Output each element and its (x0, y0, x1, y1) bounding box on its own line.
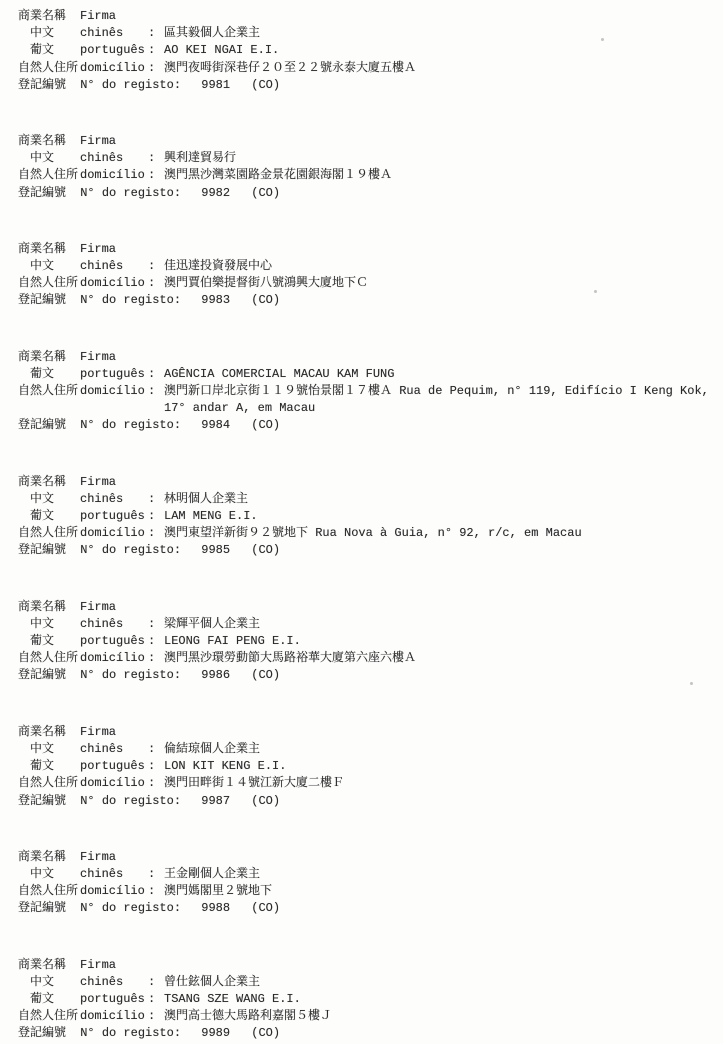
domicile-label-zh: 自然人住所 (18, 383, 80, 400)
colon-separator: : (148, 508, 164, 525)
registration-row: 登記編號 N° do registo: 9982 (CO) (18, 185, 711, 202)
colon-separator: : (148, 366, 164, 383)
domicile-row: 自然人住所 domicílio : 澳門田畔街１４號江新大廈二樓Ｆ (18, 775, 711, 792)
colon-separator: : (148, 758, 164, 775)
scan-speck (601, 38, 604, 41)
chinese-name-value: 區其毅個人企業主 (164, 25, 711, 42)
registo-number: 9983 (201, 293, 230, 307)
portuguese-label-zh: 葡文 (18, 366, 80, 383)
chinese-label-zh: 中文 (18, 491, 80, 508)
registo-number: 9986 (201, 668, 230, 682)
firma-label-pt: Firma (80, 8, 148, 25)
registration-row: 登記編號 N° do registo: 9985 (CO) (18, 542, 711, 559)
registration-row: 登記編號 N° do registo: 9986 (CO) (18, 667, 711, 684)
colon-separator: : (148, 525, 164, 542)
domicile-value: 澳門黑沙灣菜園路金景花園銀海閣１９樓Ａ (164, 167, 711, 184)
registo-co-tag: (CO) (251, 186, 280, 200)
chinese-name-row: 中文 chinês : 佳迅達投資發展中心 (18, 258, 711, 275)
registration-row: 登記編號 N° do registo: 9987 (CO) (18, 793, 711, 810)
registration-row: 登記編號 N° do registo: 9984 (CO) (18, 417, 711, 434)
colon-separator: : (148, 991, 164, 1008)
colon-separator: : (148, 974, 164, 991)
registo-label-pt: N° do registo: (80, 543, 181, 557)
registo-label-pt: N° do registo: (80, 1026, 181, 1040)
portuguese-label-zh: 葡文 (18, 991, 80, 1008)
domicile-label-pt: domicílio (80, 1008, 148, 1025)
portuguese-name-value: TSANG SZE WANG E.I. (164, 991, 711, 1008)
domicile-value: 澳門賈伯樂提督街八號鴻興大廈地下Ｃ (164, 275, 711, 292)
registo-co-tag: (CO) (251, 543, 280, 557)
firma-row: 商業名稱 Firma (18, 957, 711, 974)
registry-document-page: 商業名稱 Firma 中文 chinês : 區其毅個人企業主 葡文 portu… (0, 0, 723, 1044)
domicile-label-zh: 自然人住所 (18, 775, 80, 792)
registo-label-zh: 登記編號 (18, 543, 66, 557)
domicile-value: 澳門東望洋新街９２號地下 Rua Nova à Guia, n° 92, r/c… (164, 525, 711, 542)
firma-row: 商業名稱 Firma (18, 724, 711, 741)
domicile-label-pt: domicílio (80, 775, 148, 792)
domicile-row: 自然人住所 domicílio : 澳門賈伯樂提督街八號鴻興大廈地下Ｃ (18, 275, 711, 292)
chinese-label-zh: 中文 (18, 616, 80, 633)
registo-label-pt: N° do registo: (80, 901, 181, 915)
registo-co-tag: (CO) (251, 293, 280, 307)
colon-separator: : (148, 25, 164, 42)
domicile-label-pt: domicílio (80, 525, 148, 542)
registo-number: 9981 (201, 78, 230, 92)
portuguese-name-value: LON KIT KENG E.I. (164, 758, 711, 775)
registration-row: 登記編號 N° do registo: 9981 (CO) (18, 77, 711, 94)
chinese-label-pt: chinês (80, 25, 148, 42)
colon-separator: : (148, 383, 164, 400)
chinese-label-zh: 中文 (18, 150, 80, 167)
domicile-row: 自然人住所 domicílio : 澳門高士德大馬路利嘉閣５樓Ｊ (18, 1008, 711, 1025)
firma-label-zh: 商業名稱 (18, 474, 80, 491)
registry-entry: 商業名稱 Firma 中文 chinês : 佳迅達投資發展中心 自然人住所 d… (18, 241, 711, 310)
chinese-name-value: 王金剛個人企業主 (164, 866, 711, 883)
firma-label-pt: Firma (80, 133, 148, 150)
domicile-label-zh: 自然人住所 (18, 60, 80, 77)
portuguese-label-pt: português (80, 758, 148, 775)
registo-number: 9982 (201, 186, 230, 200)
colon-separator: : (148, 866, 164, 883)
firma-row: 商業名稱 Firma (18, 849, 711, 866)
portuguese-label-pt: português (80, 508, 148, 525)
chinese-name-value: 興利達貿易行 (164, 150, 711, 167)
chinese-name-row: 中文 chinês : 王金剛個人企業主 (18, 866, 711, 883)
portuguese-label-zh: 葡文 (18, 508, 80, 525)
firma-label-zh: 商業名稱 (18, 241, 80, 258)
portuguese-name-row: 葡文 português : LEONG FAI PENG E.I. (18, 633, 711, 650)
portuguese-name-row: 葡文 português : LON KIT KENG E.I. (18, 758, 711, 775)
scan-speck (594, 290, 597, 293)
registo-co-tag: (CO) (251, 78, 280, 92)
firma-label-zh: 商業名稱 (18, 599, 80, 616)
chinese-name-row: 中文 chinês : 區其毅個人企業主 (18, 25, 711, 42)
portuguese-label-zh: 葡文 (18, 42, 80, 59)
firma-label-zh: 商業名稱 (18, 133, 80, 150)
colon-separator: : (148, 258, 164, 275)
portuguese-label-pt: português (80, 991, 148, 1008)
chinese-label-pt: chinês (80, 741, 148, 758)
domicile-label-zh: 自然人住所 (18, 525, 80, 542)
registry-entry: 商業名稱 Firma 中文 chinês : 王金剛個人企業主 自然人住所 do… (18, 849, 711, 918)
colon-separator: : (148, 775, 164, 792)
registo-co-tag: (CO) (251, 794, 280, 808)
portuguese-label-zh: 葡文 (18, 758, 80, 775)
registry-entry: 商業名稱 Firma 中文 chinês : 林明個人企業主 葡文 portug… (18, 474, 711, 560)
portuguese-name-row: 葡文 português : AGÊNCIA COMERCIAL MACAU K… (18, 366, 711, 383)
domicile-row: 自然人住所 domicílio : 澳門黑沙環勞動節大馬路裕華大廈第六座六樓Ａ (18, 650, 711, 667)
firma-label-pt: Firma (80, 599, 148, 616)
colon-separator: : (148, 741, 164, 758)
registo-number: 9988 (201, 901, 230, 915)
colon-separator: : (148, 60, 164, 77)
colon-separator: : (148, 150, 164, 167)
chinese-name-value: 梁輝平個人企業主 (164, 616, 711, 633)
chinese-label-zh: 中文 (18, 974, 80, 991)
registo-number: 9985 (201, 543, 230, 557)
chinese-name-value: 曾仕鉉個人企業主 (164, 974, 711, 991)
registo-label-zh: 登記編號 (18, 78, 66, 92)
chinese-label-zh: 中文 (18, 25, 80, 42)
registo-label-zh: 登記編號 (18, 794, 66, 808)
domicile-value: 澳門夜呣街深巷仔２０至２２號永泰大廈五樓Ａ (164, 60, 711, 77)
registo-label-pt: N° do registo: (80, 186, 181, 200)
colon-separator: : (148, 42, 164, 59)
chinese-label-zh: 中文 (18, 258, 80, 275)
registry-entry: 商業名稱 Firma 中文 chinês : 興利達貿易行 自然人住所 domi… (18, 133, 711, 202)
portuguese-name-row: 葡文 português : LAM MENG E.I. (18, 508, 711, 525)
chinese-name-value: 林明個人企業主 (164, 491, 711, 508)
domicile-label-pt: domicílio (80, 167, 148, 184)
chinese-label-zh: 中文 (18, 866, 80, 883)
domicile-row: 自然人住所 domicílio : 澳門黑沙灣菜園路金景花園銀海閣１９樓Ａ (18, 167, 711, 184)
domicile-label-zh: 自然人住所 (18, 650, 80, 667)
domicile-label-zh: 自然人住所 (18, 275, 80, 292)
firma-row: 商業名稱 Firma (18, 8, 711, 25)
firma-row: 商業名稱 Firma (18, 599, 711, 616)
domicile-row: 自然人住所 domicílio : 澳門新口岸北京街１１９號怡景閣１７樓Ａ Ru… (18, 383, 711, 417)
registo-number: 9989 (201, 1026, 230, 1040)
firma-label-zh: 商業名稱 (18, 724, 80, 741)
firma-row: 商業名稱 Firma (18, 349, 711, 366)
domicile-row: 自然人住所 domicílio : 澳門夜呣街深巷仔２０至２２號永泰大廈五樓Ａ (18, 60, 711, 77)
domicile-label-pt: domicílio (80, 275, 148, 292)
portuguese-label-pt: português (80, 42, 148, 59)
chinese-label-pt: chinês (80, 616, 148, 633)
registry-entry: 商業名稱 Firma 中文 chinês : 倫結琼個人企業主 葡文 portu… (18, 724, 711, 810)
colon-separator: : (148, 633, 164, 650)
chinese-name-row: 中文 chinês : 倫結琼個人企業主 (18, 741, 711, 758)
domicile-label-zh: 自然人住所 (18, 167, 80, 184)
registration-row: 登記編號 N° do registo: 9989 (CO) (18, 1025, 711, 1042)
colon-separator: : (148, 275, 164, 292)
registo-label-zh: 登記編號 (18, 668, 66, 682)
portuguese-label-pt: português (80, 366, 148, 383)
domicile-label-pt: domicílio (80, 650, 148, 667)
chinese-label-pt: chinês (80, 974, 148, 991)
registo-label-pt: N° do registo: (80, 418, 181, 432)
registo-label-zh: 登記編號 (18, 293, 66, 307)
colon-separator: : (148, 167, 164, 184)
chinese-name-row: 中文 chinês : 梁輝平個人企業主 (18, 616, 711, 633)
firma-label-pt: Firma (80, 241, 148, 258)
portuguese-name-value: AGÊNCIA COMERCIAL MACAU KAM FUNG (164, 366, 711, 383)
registo-label-zh: 登記編號 (18, 186, 66, 200)
registration-row: 登記編號 N° do registo: 9983 (CO) (18, 292, 711, 309)
chinese-label-pt: chinês (80, 150, 148, 167)
chinese-name-row: 中文 chinês : 興利達貿易行 (18, 150, 711, 167)
colon-separator: : (148, 491, 164, 508)
domicile-row: 自然人住所 domicílio : 澳門東望洋新街９２號地下 Rua Nova … (18, 525, 711, 542)
domicile-value: 澳門黑沙環勞動節大馬路裕華大廈第六座六樓Ａ (164, 650, 711, 667)
firma-label-pt: Firma (80, 957, 148, 974)
firma-row: 商業名稱 Firma (18, 133, 711, 150)
chinese-name-row: 中文 chinês : 曾仕鉉個人企業主 (18, 974, 711, 991)
registo-label-zh: 登記編號 (18, 1026, 66, 1040)
portuguese-label-pt: português (80, 633, 148, 650)
firma-row: 商業名稱 Firma (18, 474, 711, 491)
registo-co-tag: (CO) (251, 901, 280, 915)
colon-separator: : (148, 616, 164, 633)
chinese-label-pt: chinês (80, 866, 148, 883)
scan-speck (690, 682, 693, 685)
registo-label-pt: N° do registo: (80, 794, 181, 808)
firma-label-pt: Firma (80, 474, 148, 491)
domicile-label-zh: 自然人住所 (18, 1008, 80, 1025)
domicile-label-pt: domicílio (80, 383, 148, 400)
domicile-label-pt: domicílio (80, 60, 148, 77)
firma-row: 商業名稱 Firma (18, 241, 711, 258)
domicile-label-pt: domicílio (80, 883, 148, 900)
firma-label-zh: 商業名稱 (18, 957, 80, 974)
chinese-label-pt: chinês (80, 258, 148, 275)
domicile-value: 澳門田畔街１４號江新大廈二樓Ｆ (164, 775, 711, 792)
chinese-label-zh: 中文 (18, 741, 80, 758)
chinese-label-pt: chinês (80, 491, 148, 508)
registry-entry: 商業名稱 Firma 中文 chinês : 曾仕鉉個人企業主 葡文 portu… (18, 957, 711, 1043)
firma-label-zh: 商業名稱 (18, 8, 80, 25)
registo-number: 9984 (201, 418, 230, 432)
registo-number: 9987 (201, 794, 230, 808)
chinese-name-value: 佳迅達投資發展中心 (164, 258, 711, 275)
domicile-value: 澳門媽閣里２號地下 (164, 883, 711, 900)
portuguese-name-value: AO KEI NGAI E.I. (164, 42, 711, 59)
domicile-value: 澳門高士德大馬路利嘉閣５樓Ｊ (164, 1008, 711, 1025)
registo-co-tag: (CO) (251, 668, 280, 682)
registo-label-pt: N° do registo: (80, 78, 181, 92)
portuguese-name-row: 葡文 português : AO KEI NGAI E.I. (18, 42, 711, 59)
registo-label-zh: 登記編號 (18, 418, 66, 432)
registry-entry: 商業名稱 Firma 中文 chinês : 區其毅個人企業主 葡文 portu… (18, 8, 711, 94)
domicile-label-zh: 自然人住所 (18, 883, 80, 900)
chinese-name-row: 中文 chinês : 林明個人企業主 (18, 491, 711, 508)
firma-label-pt: Firma (80, 849, 148, 866)
domicile-row: 自然人住所 domicílio : 澳門媽閣里２號地下 (18, 883, 711, 900)
registo-co-tag: (CO) (251, 418, 280, 432)
registry-entries: 商業名稱 Firma 中文 chinês : 區其毅個人企業主 葡文 portu… (18, 8, 711, 1043)
registo-label-pt: N° do registo: (80, 293, 181, 307)
portuguese-name-value: LEONG FAI PENG E.I. (164, 633, 711, 650)
registration-row: 登記編號 N° do registo: 9988 (CO) (18, 900, 711, 917)
portuguese-label-zh: 葡文 (18, 633, 80, 650)
portuguese-name-row: 葡文 português : TSANG SZE WANG E.I. (18, 991, 711, 1008)
domicile-value: 澳門新口岸北京街１１９號怡景閣１７樓Ａ Rua de Pequim, n° 11… (164, 383, 711, 417)
registo-label-zh: 登記編號 (18, 901, 66, 915)
registry-entry: 商業名稱 Firma 葡文 português : AGÊNCIA COMERC… (18, 349, 711, 435)
colon-separator: : (148, 650, 164, 667)
firma-label-pt: Firma (80, 349, 148, 366)
firma-label-zh: 商業名稱 (18, 849, 80, 866)
registry-entry: 商業名稱 Firma 中文 chinês : 梁輝平個人企業主 葡文 portu… (18, 599, 711, 685)
colon-separator: : (148, 1008, 164, 1025)
registo-co-tag: (CO) (251, 1026, 280, 1040)
portuguese-name-value: LAM MENG E.I. (164, 508, 711, 525)
firma-label-zh: 商業名稱 (18, 349, 80, 366)
registo-label-pt: N° do registo: (80, 668, 181, 682)
chinese-name-value: 倫結琼個人企業主 (164, 741, 711, 758)
colon-separator: : (148, 883, 164, 900)
firma-label-pt: Firma (80, 724, 148, 741)
